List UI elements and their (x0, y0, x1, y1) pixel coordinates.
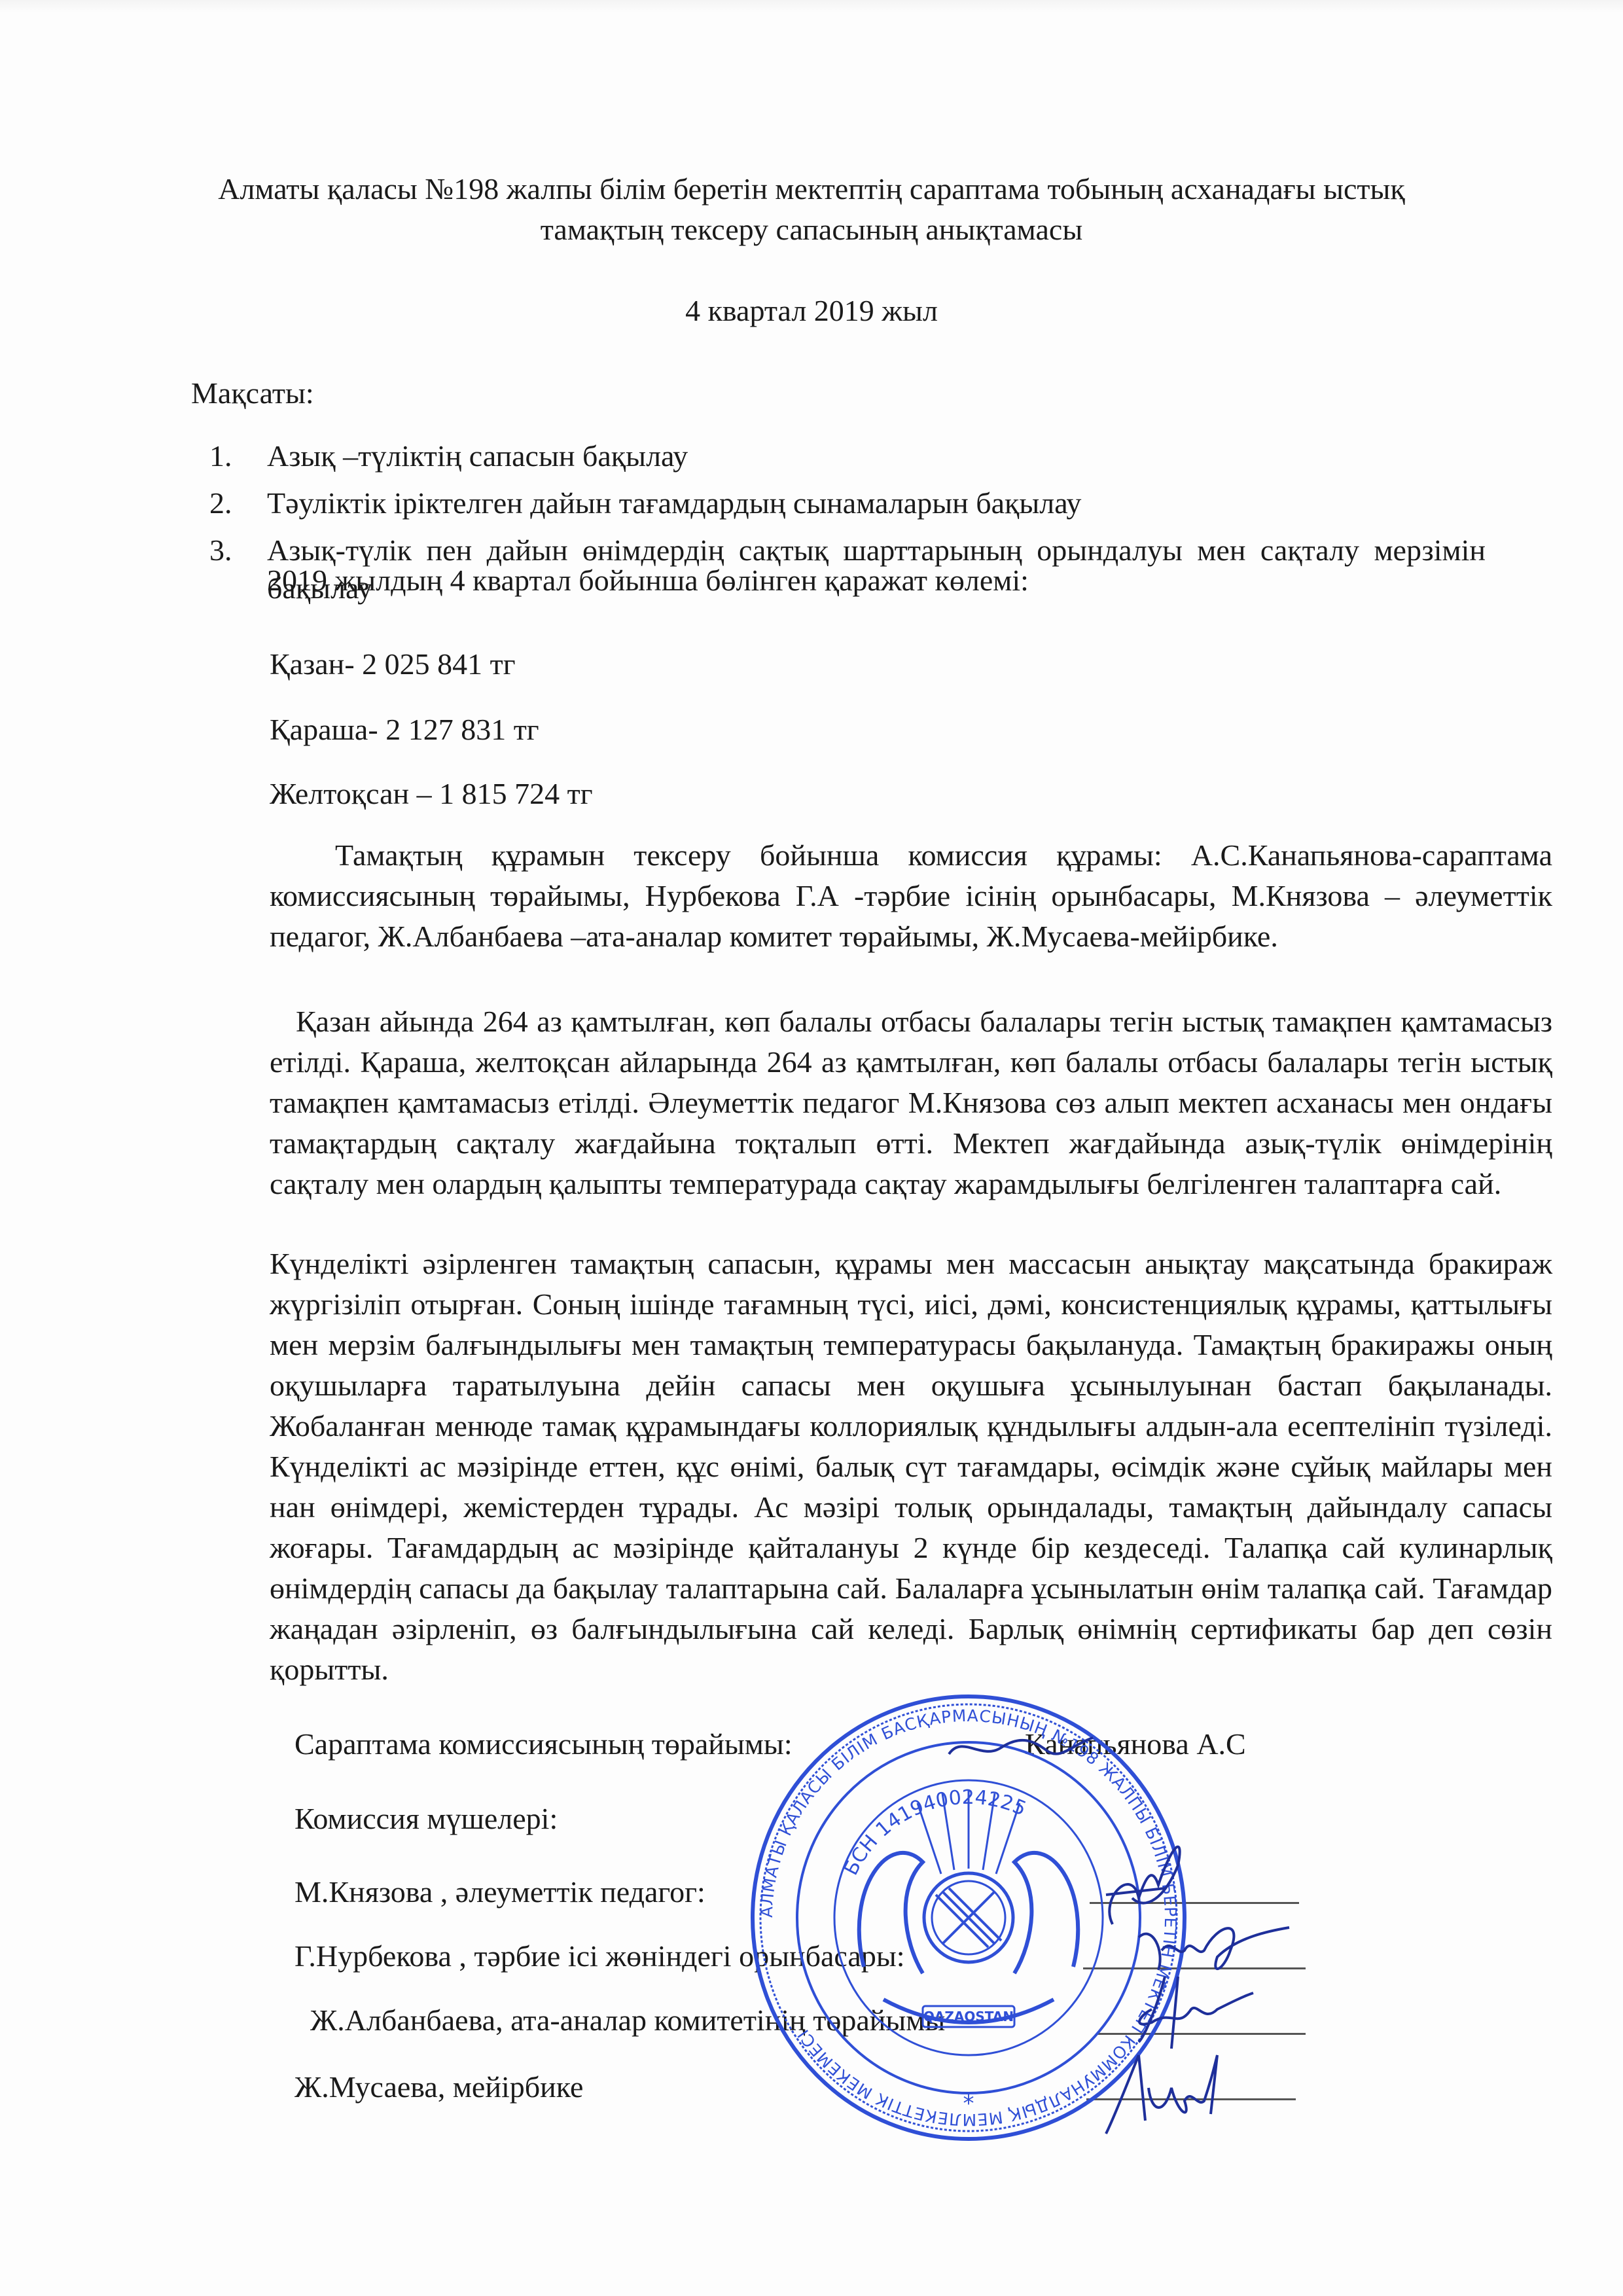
fund-amount: 1 815 724 (439, 777, 560, 810)
stamp-star: * (963, 2090, 974, 2117)
stamp-bin: БСН 141940024225 (840, 1786, 1029, 1879)
goal-item: 2.Тәуліктік іріктелген дайын тағамдардың… (209, 484, 1479, 522)
document-page: Алматы қаласы №198 жалпы білім беретін м… (0, 0, 1623, 2296)
title-line-1: Алматы қаласы №198 жалпы білім беретін м… (144, 169, 1479, 209)
report-period: 4 квартал 2019 жыл (144, 292, 1479, 330)
commission-paragraph: Тамақтың құрамын тексеру бойынша комисси… (270, 835, 1552, 957)
goals-heading: Мақсаты: (191, 374, 314, 412)
musayeva-signature (1099, 2042, 1230, 2140)
svg-text:БСН 141940024225: БСН 141940024225 (840, 1786, 1029, 1879)
title-line-2: тамақтың тексеру сапасының анықтамасы (144, 209, 1479, 250)
chair-label: Сараптама комиссиясының төрайымы: (294, 1725, 793, 1763)
funds-intro: 2019 жылдың 4 квартал бойынша бөлінген қ… (267, 562, 1029, 600)
fund-row-october: Қазан- 2 025 841 тг (270, 645, 516, 683)
member-musayeva: Ж.Мусаева, мейірбике (294, 2068, 583, 2106)
member-kniazova: М.Князова , әлеуметтік педагог: (294, 1873, 705, 1911)
goal-item: 1.Азық –түліктің сапасын бақылау (209, 437, 1479, 475)
chair-signature (942, 1728, 1099, 1767)
fund-row-december: Желтоқсан – 1 815 724 тг (270, 775, 593, 813)
members-heading: Комиссия мүшелері: (294, 1800, 558, 1838)
scan-edge (0, 0, 1623, 13)
fund-amount: 2 025 841 (362, 647, 482, 681)
quality-paragraph: Күнделікті әзірленген тамақтың сапасын, … (270, 1244, 1552, 1690)
provision-paragraph: Қазан айында 264 аз қамтылған, көп балал… (270, 1001, 1552, 1204)
fund-row-november: Қараша- 2 127 831 тг (270, 711, 539, 749)
document-title: Алматы қаласы №198 жалпы білім беретін м… (144, 169, 1479, 250)
fund-amount: 2 127 831 (385, 713, 506, 746)
stamp-emblem-text: QAZAQSTAN (923, 2009, 1014, 2024)
